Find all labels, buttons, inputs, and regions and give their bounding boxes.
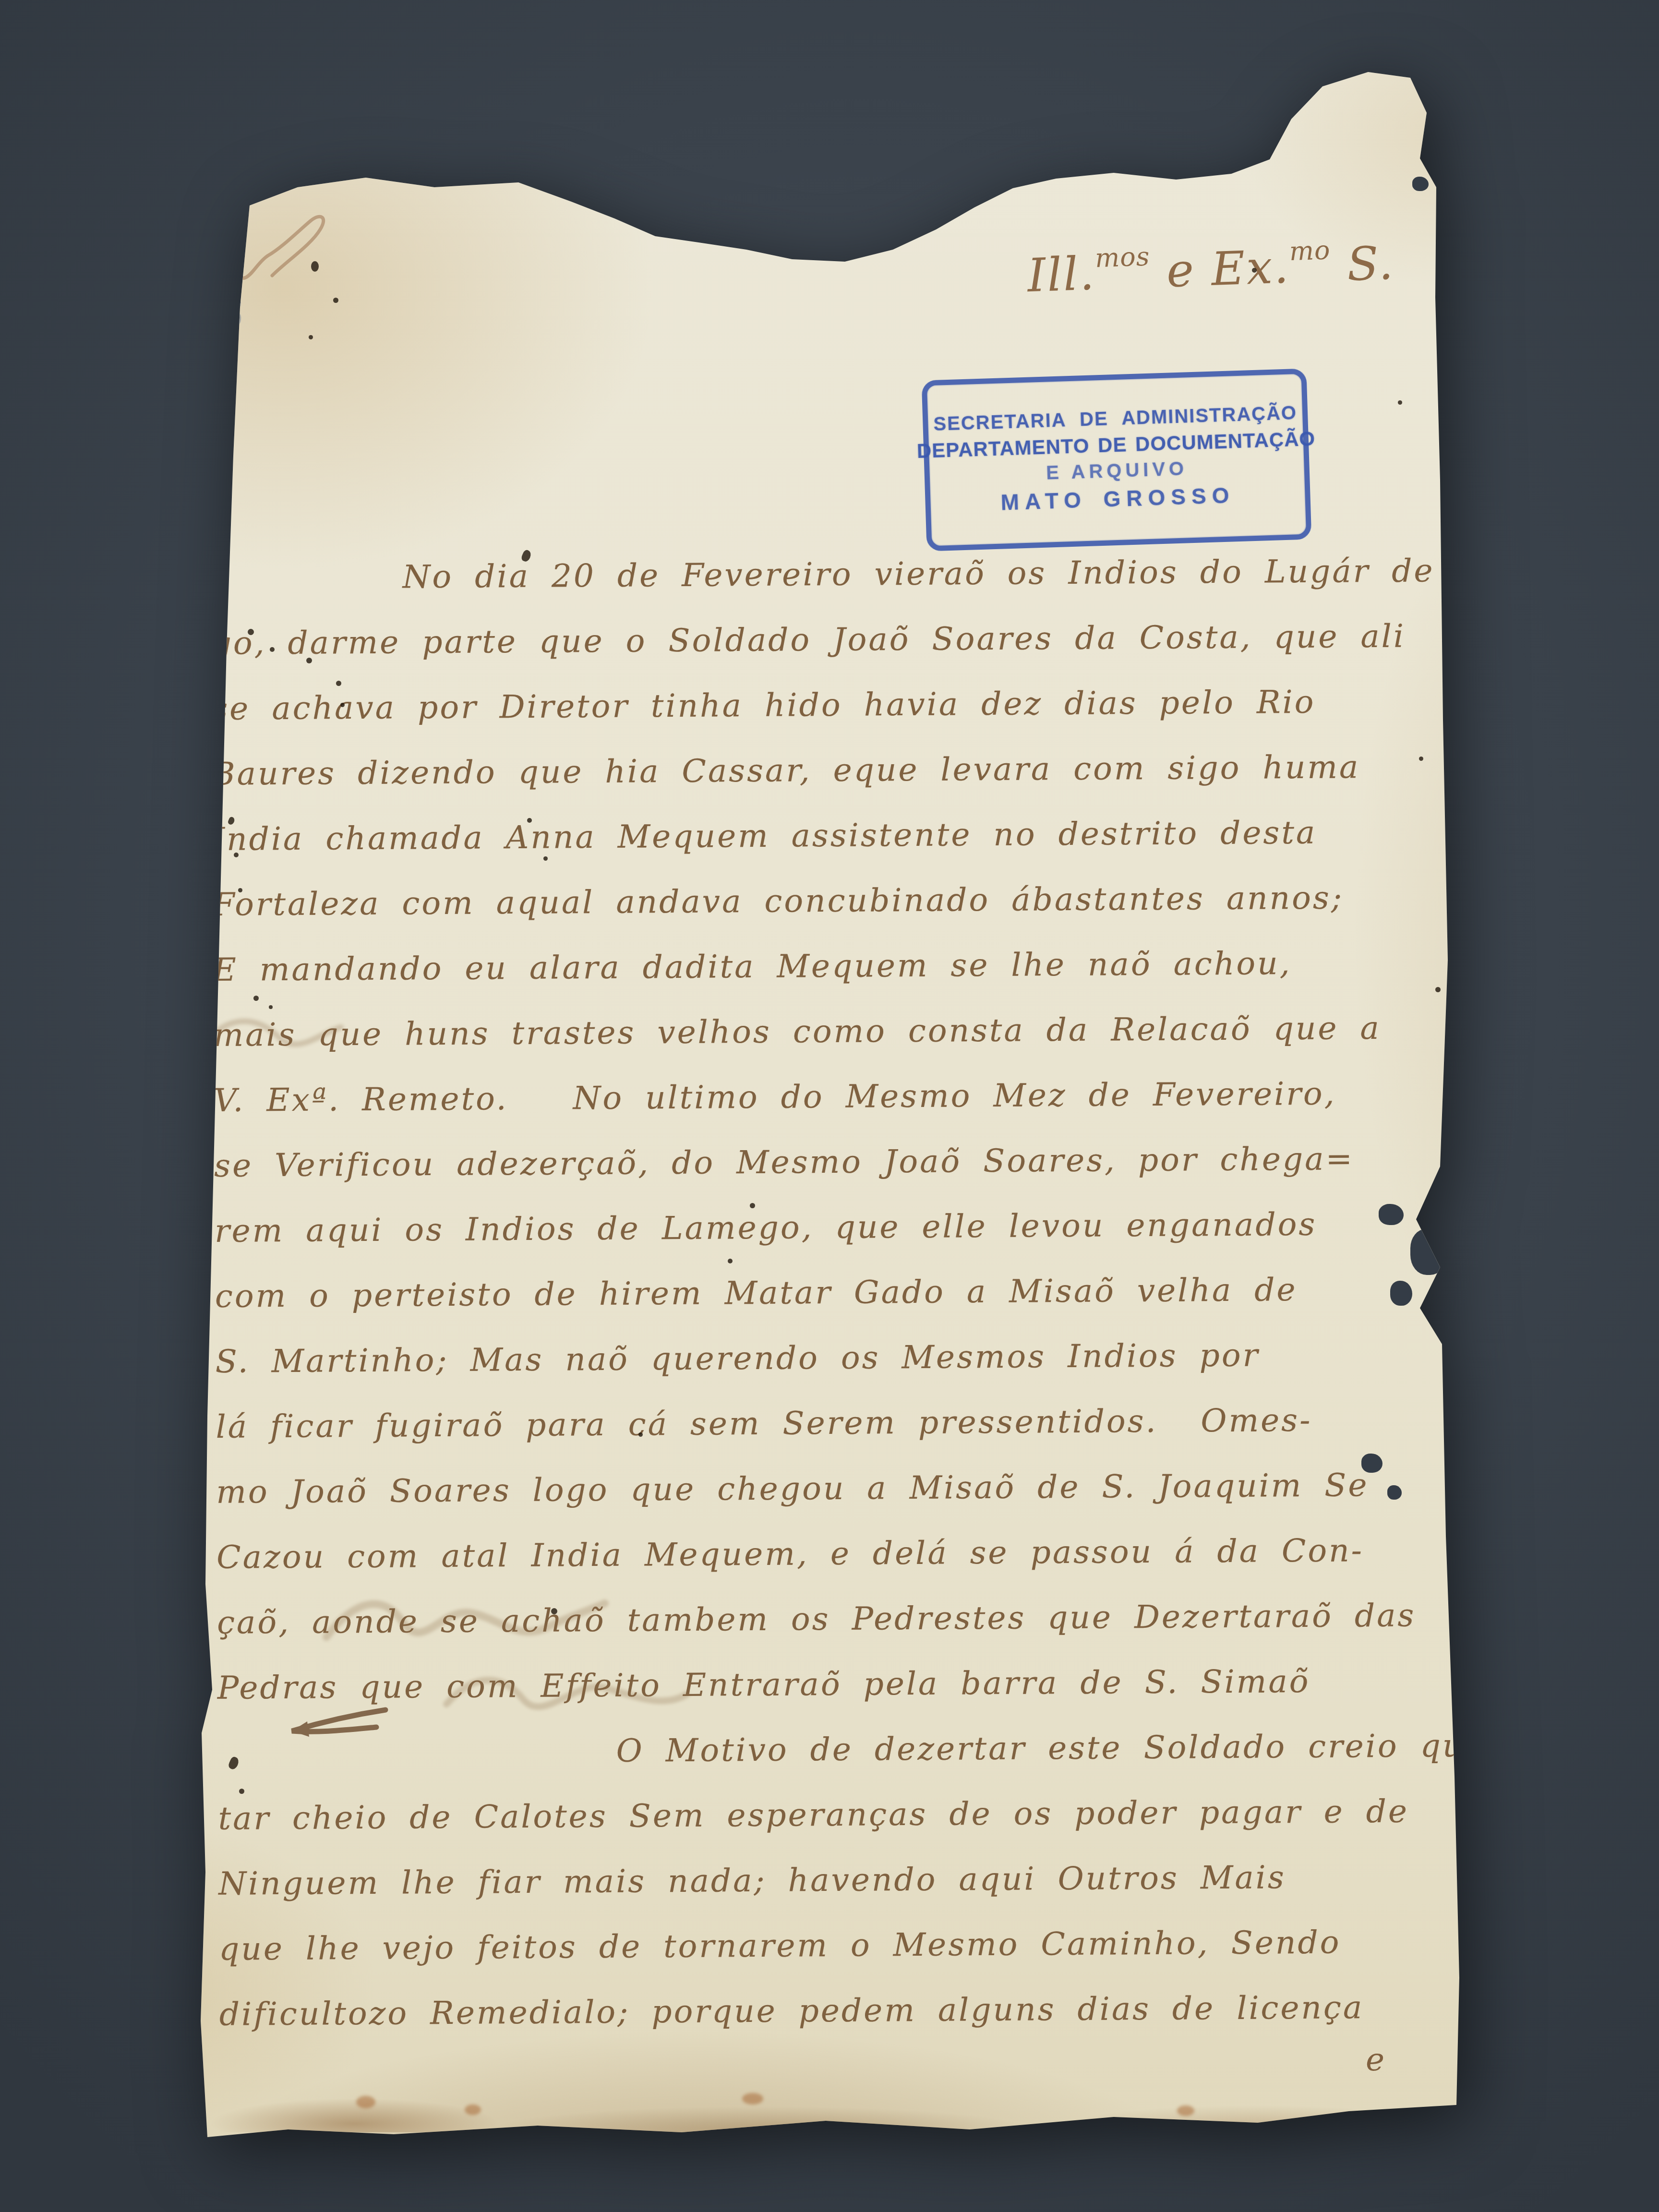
manuscript-page: 6-3-76 Ill.mos e Ex.mo S. SECRETARIA DE … <box>0 0 1659 2212</box>
ink-spots <box>0 0 1659 2212</box>
photo-backdrop: 6-3-76 Ill.mos e Ex.mo S. SECRETARIA DE … <box>0 0 1659 2212</box>
paper-shadow: 6-3-76 Ill.mos e Ex.mo S. SECRETARIA DE … <box>0 0 1659 2212</box>
